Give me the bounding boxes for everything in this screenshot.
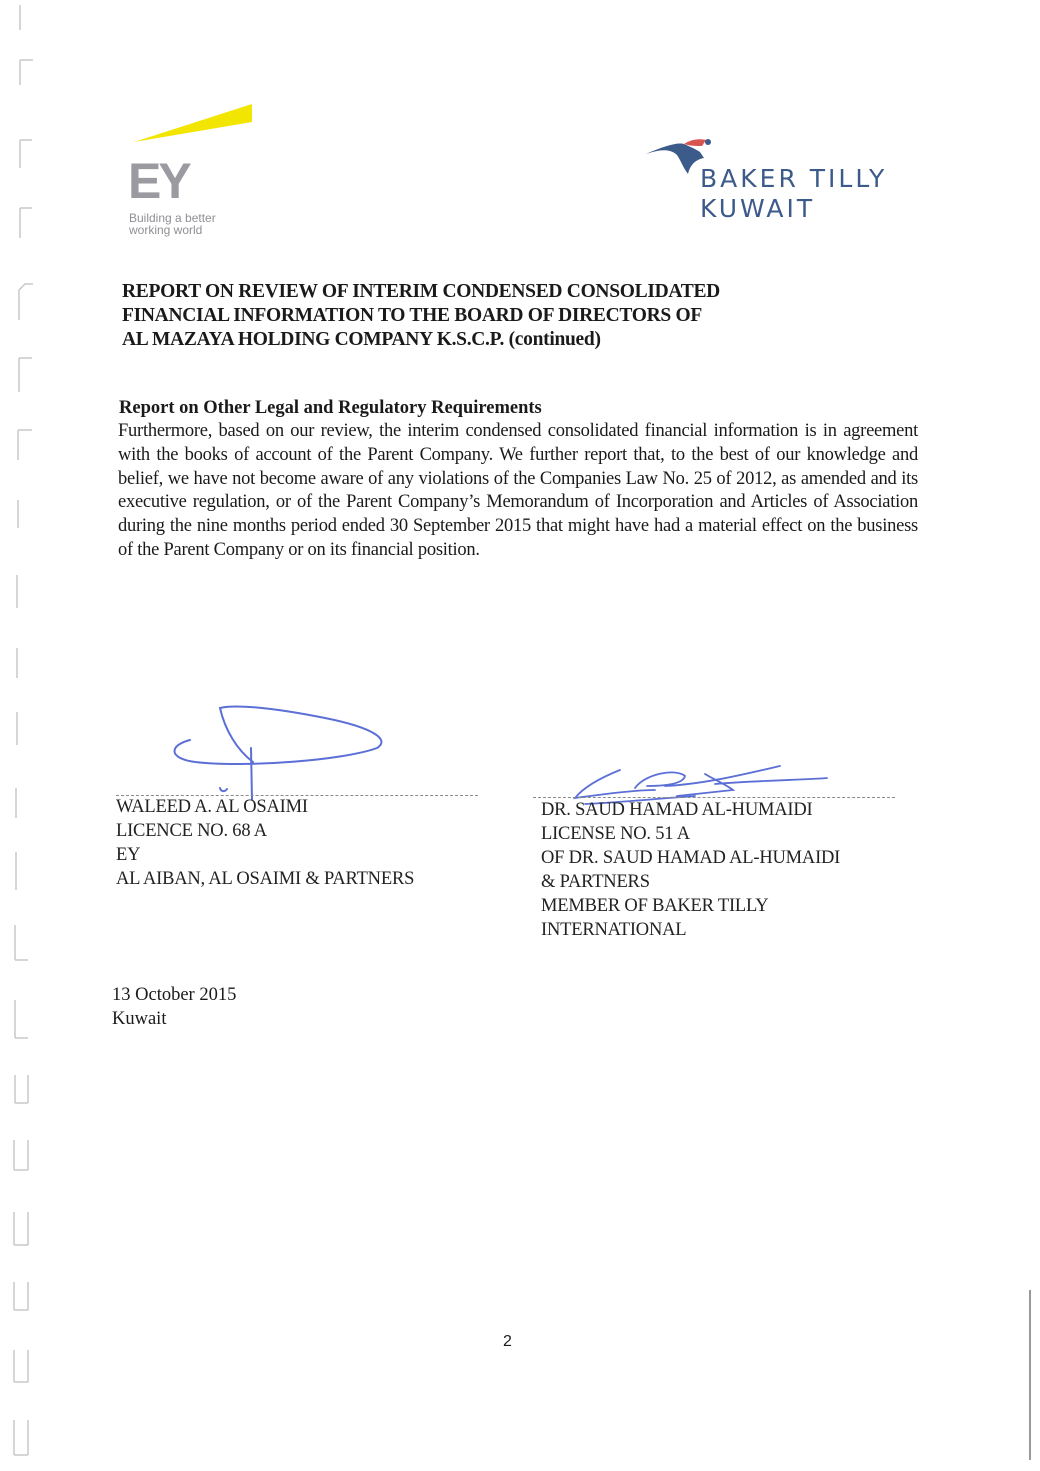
report-title-line3: AL MAZAYA HOLDING COMPANY K.S.C.P. (cont…	[122, 328, 842, 352]
report-place: Kuwait	[112, 1007, 236, 1031]
signatory-membership-cont: INTERNATIONAL	[541, 918, 911, 942]
scan-edge-line	[1029, 1290, 1031, 1460]
signatory-licence: LICENCE NO. 68 A	[116, 819, 486, 843]
signatory-ey: WALEED A. AL OSAIMI LICENCE NO. 68 A EY …	[116, 795, 486, 891]
signatory-name: WALEED A. AL OSAIMI	[116, 795, 486, 819]
page-number: 2	[503, 1333, 512, 1351]
section-heading: Report on Other Legal and Regulatory Req…	[119, 397, 542, 419]
ey-tagline: Building a better working world	[129, 212, 269, 236]
baker-tilly-line1: BAKER TILLY	[700, 164, 887, 194]
baker-tilly-line2: KUWAIT	[700, 194, 887, 224]
signature-left	[165, 700, 390, 800]
signatory-firm: OF DR. SAUD HAMAD AL-HUMAIDI	[541, 846, 911, 870]
signatory-name: DR. SAUD HAMAD AL-HUMAIDI	[541, 798, 911, 822]
company-name: AL MAZAYA HOLDING COMPANY K.S.C.P.	[122, 329, 504, 350]
report-date: 13 October 2015	[112, 983, 236, 1007]
report-title-line1: REPORT ON REVIEW OF INTERIM CONDENSED CO…	[122, 280, 842, 304]
report-title-line2: FINANCIAL INFORMATION TO THE BOARD OF DI…	[122, 304, 842, 328]
signatory-license: LICENSE NO. 51 A	[541, 822, 911, 846]
ey-beam-icon	[132, 100, 254, 150]
ey-tagline-line2: working world	[129, 224, 269, 236]
signatory-partners: & PARTNERS	[541, 870, 911, 894]
signatory-baker-tilly: DR. SAUD HAMAD AL-HUMAIDI LICENSE NO. 51…	[541, 798, 911, 942]
ey-logo: EY Building a better working world	[128, 100, 258, 240]
signatory-partners: AL AIBAN, AL OSAIMI & PARTNERS	[116, 867, 486, 891]
signatory-membership: MEMBER OF BAKER TILLY	[541, 894, 911, 918]
section-paragraph: Furthermore, based on our review, the in…	[118, 420, 918, 563]
ey-letters: EY	[128, 156, 189, 206]
binding-marks	[0, 0, 40, 1471]
date-place: 13 October 2015 Kuwait	[112, 983, 236, 1031]
report-title: REPORT ON REVIEW OF INTERIM CONDENSED CO…	[122, 280, 842, 352]
continued-label: (continued)	[509, 329, 601, 350]
baker-tilly-logo: BAKER TILLY KUWAIT	[644, 136, 914, 226]
signatory-firm: EY	[116, 843, 486, 867]
baker-tilly-wordmark: BAKER TILLY KUWAIT	[700, 164, 887, 224]
